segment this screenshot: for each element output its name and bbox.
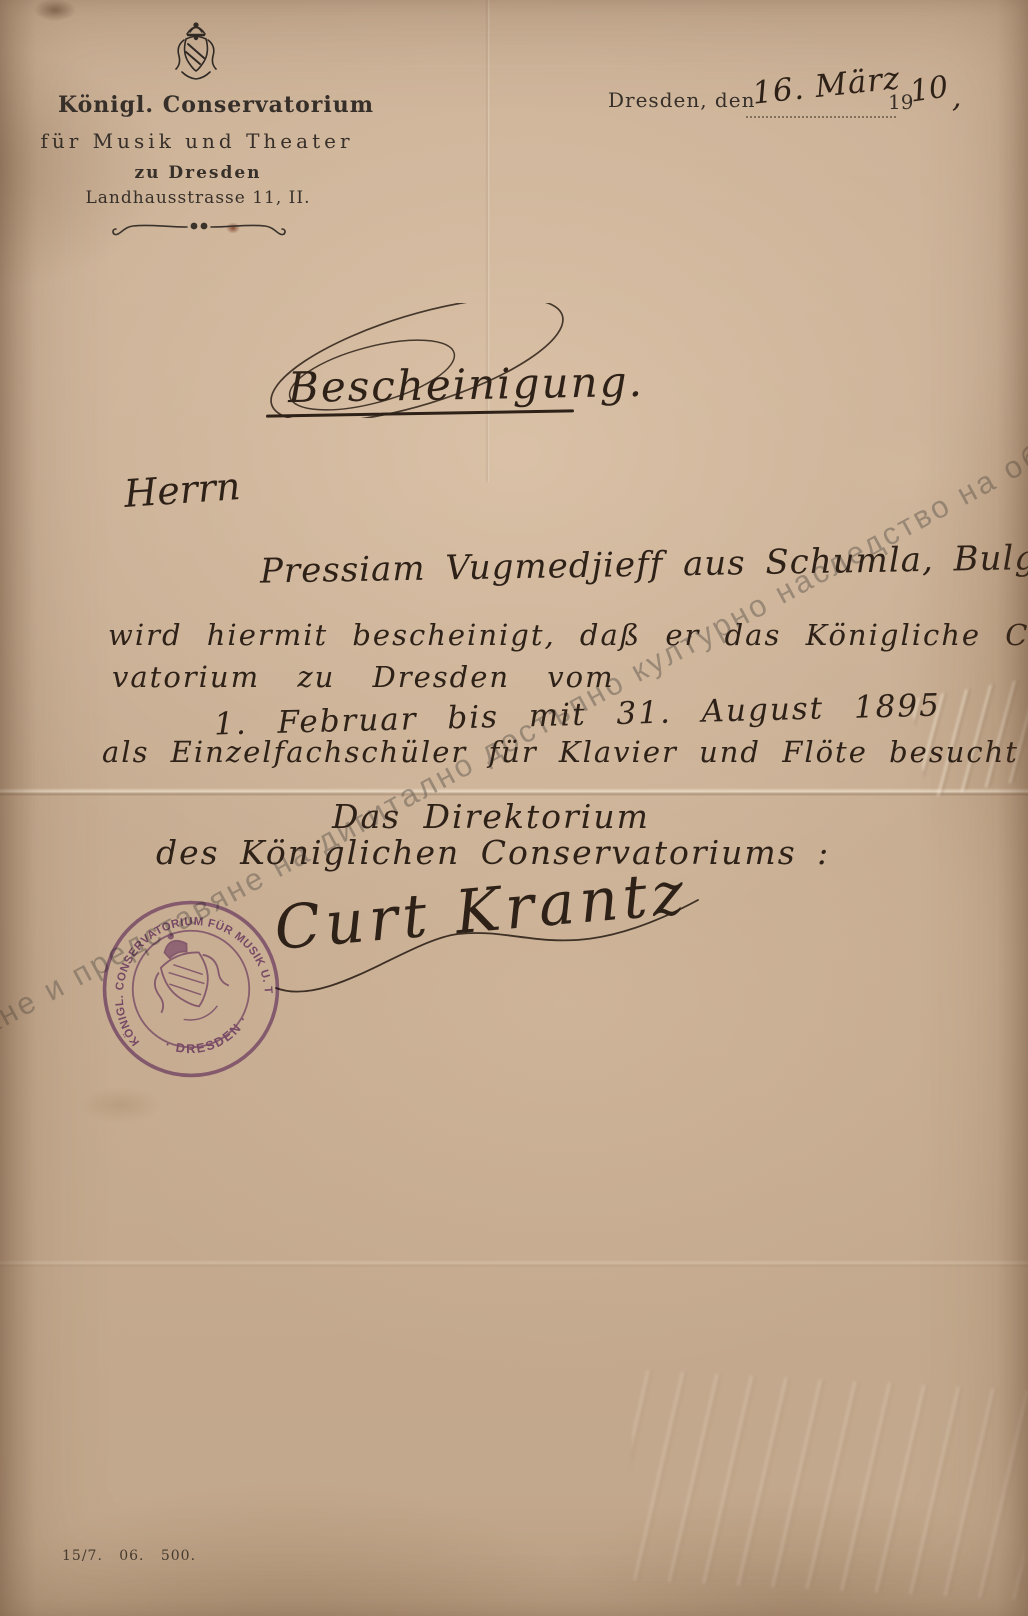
edge-vignette (0, 0, 1028, 1616)
scanned-letter-page: аване и представяне на дигитално достъпн… (0, 0, 1028, 1616)
